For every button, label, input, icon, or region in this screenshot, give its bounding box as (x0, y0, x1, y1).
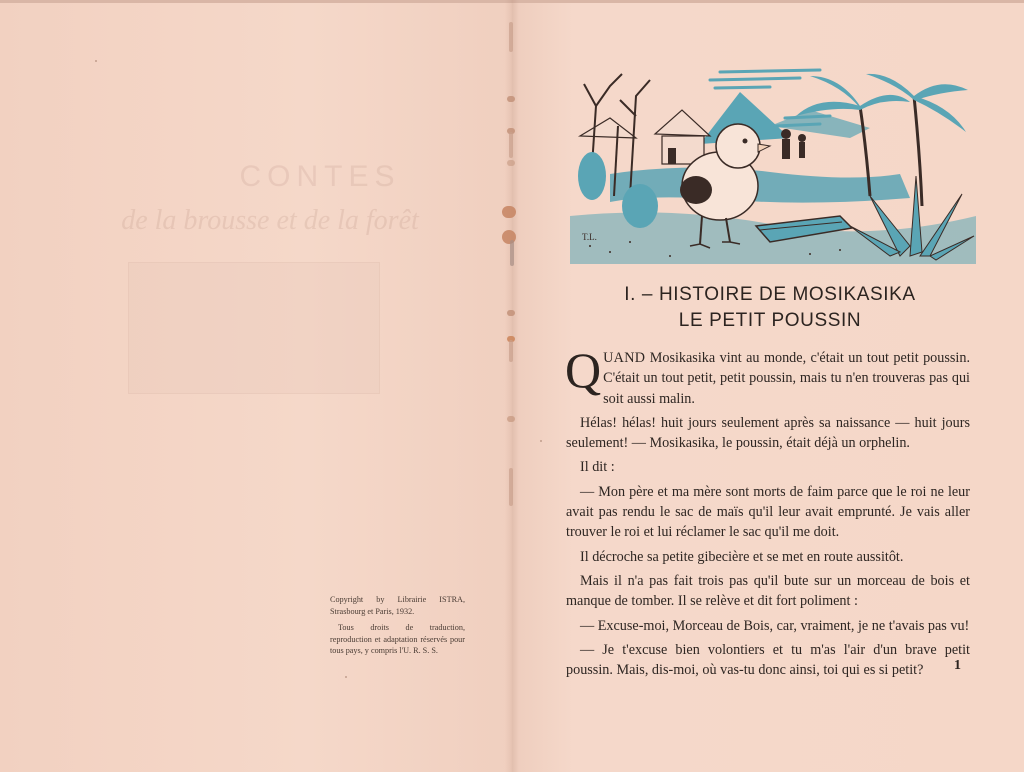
copyright-notice: Copyright by Librairie ISTRA, Strasbourg… (330, 594, 465, 657)
paragraph-4: — Mon père et ma mère sont morts de faim… (566, 482, 970, 543)
binding-hole (507, 310, 515, 316)
drop-cap: Q (565, 351, 601, 389)
binding-stitch (510, 240, 514, 266)
paper-speck (345, 676, 347, 678)
paper-speck (95, 60, 97, 62)
page-number: 1 (954, 658, 961, 674)
paragraph-8: — Je t'excuse bien volontiers et tu m'as… (566, 640, 970, 681)
copyright-line: Copyright by Librairie ISTRA, Strasbourg… (330, 594, 465, 617)
chapter-title-line1: I. – HISTOIRE DE MOSIKASIKA (560, 282, 980, 308)
binding-stitch (509, 340, 513, 362)
paragraph-2: Hélas! hélas! huit jours seulement après… (566, 413, 970, 454)
chapter-title-line2: LE PETIT POUSSIN (560, 308, 980, 334)
story-text: QUAND Mosikasika vint au monde, c'était … (566, 348, 970, 684)
binding-stitch (509, 468, 513, 506)
binding-hole (507, 96, 515, 102)
paragraph-7: — Excuse-moi, Morceau de Bois, car, vrai… (566, 616, 970, 636)
paragraph-6: Mais il n'a pas fait trois pas qu'il but… (566, 571, 970, 612)
binding-stitch (509, 132, 513, 158)
bleed-through-subtitle: de la brousse et de la forêt (60, 205, 480, 237)
paper-speck (540, 440, 542, 442)
paragraph-3: Il dit : (566, 457, 970, 477)
bleed-through-frame (128, 262, 380, 394)
binding-hole (507, 160, 515, 166)
left-page: CONTES de la brousse et de la forêt Copy… (0, 0, 512, 772)
book-gutter (505, 0, 519, 772)
paragraph-1: QUAND Mosikasika vint au monde, c'était … (566, 348, 970, 409)
binding-hole (507, 416, 515, 422)
paragraph-1-continuation: C'était un tout petit, petit poussin, ma… (603, 370, 970, 406)
binding-staple (502, 206, 516, 218)
chapter-title: I. – HISTOIRE DE MOSIKASIKA LE PETIT POU… (560, 282, 980, 334)
bleed-through-title: CONTES (170, 160, 470, 194)
chapter-illustration: T.L. (570, 66, 976, 264)
paragraph-1-line1: Mosikasika vint au monde, c'était un tou… (645, 350, 970, 366)
opening-word: UAND (603, 350, 645, 366)
paragraph-5: Il décroche sa petite gibecière et se me… (566, 547, 970, 567)
chick-landscape-illustration: T.L. (570, 66, 976, 264)
binding-stitch (509, 22, 513, 52)
artist-signature: T.L. (582, 232, 597, 242)
rights-line: Tous droits de traduction, reproduction … (330, 622, 465, 657)
